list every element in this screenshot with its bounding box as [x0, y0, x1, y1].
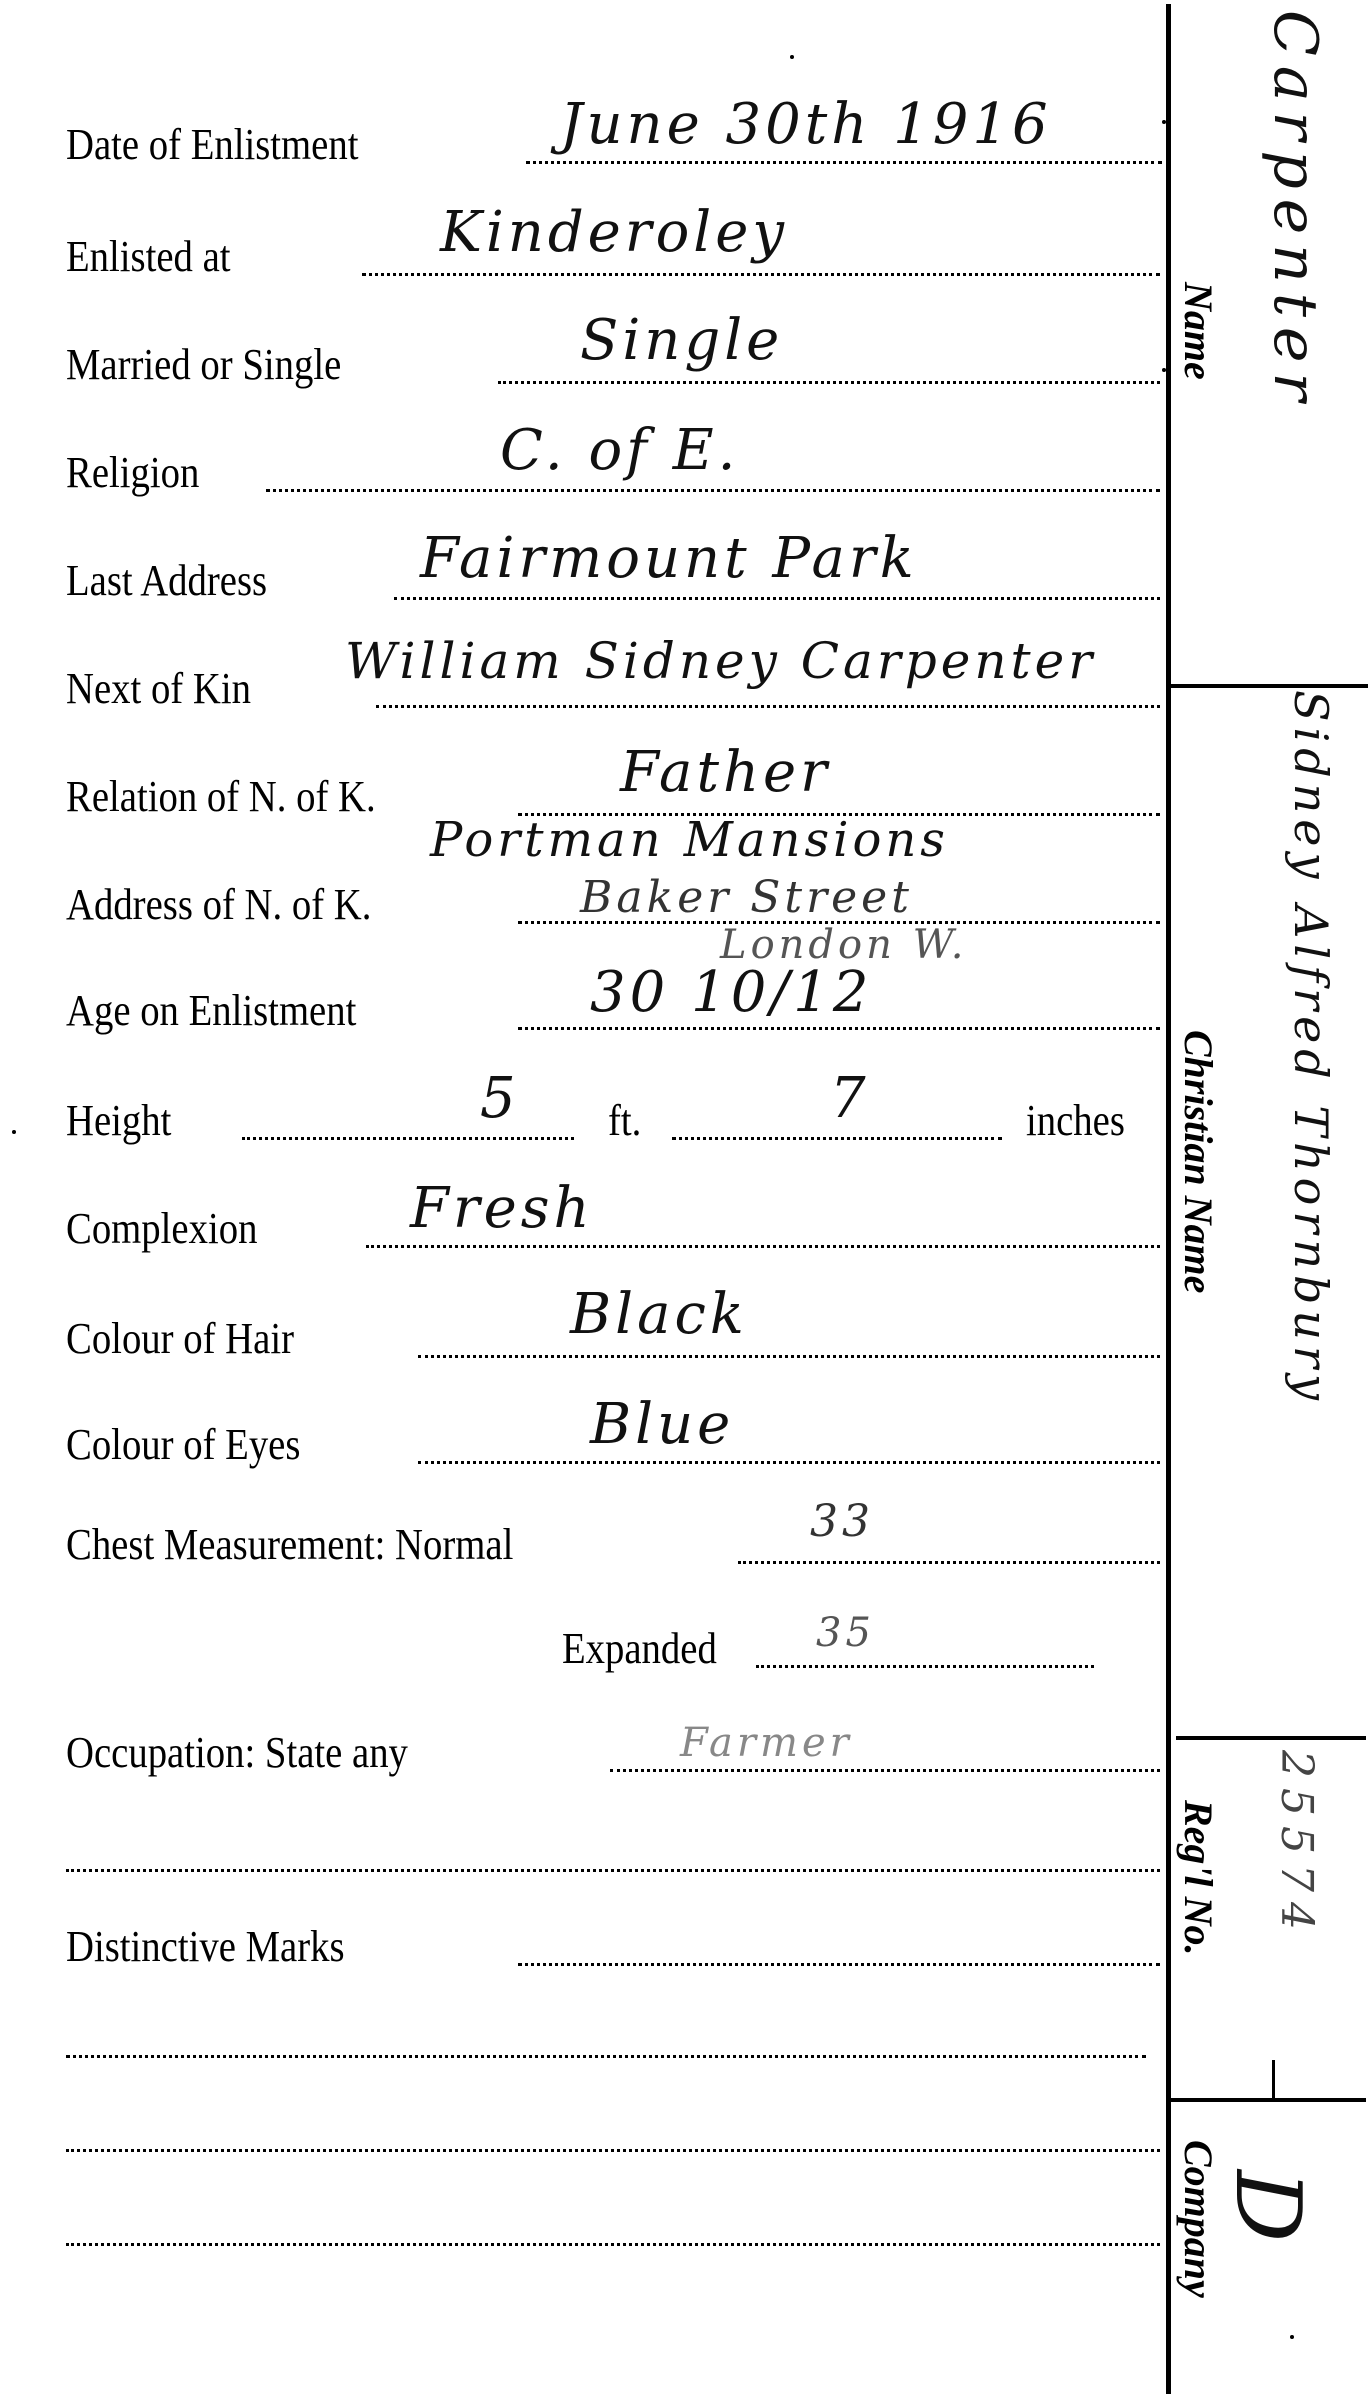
- field-height: Height ft. inches: [66, 1086, 1166, 1146]
- field-value-relation-of-nok: Father: [620, 740, 831, 805]
- sidebar-divider-christian-name: [1176, 1736, 1366, 1740]
- field-complexion: Complexion: [66, 1194, 1166, 1254]
- sidebar-tick: [1272, 2060, 1275, 2100]
- fill-line: [610, 1769, 1160, 1772]
- fill-line: [418, 1461, 1160, 1464]
- field-occupation: Occupation: State any: [66, 1718, 1166, 1778]
- field-label: Next of Kin: [66, 664, 251, 714]
- fill-line: [362, 273, 1160, 276]
- field-label: Colour of Eyes: [66, 1420, 300, 1470]
- fill-line: [376, 705, 1160, 708]
- sidebar-divider-regt-no: [1171, 2098, 1366, 2102]
- field-value-address-of-nok-line2: Baker Street: [580, 872, 913, 923]
- field-value-enlisted-at: Kinderoley: [440, 200, 788, 265]
- field-value-age-on-enlistment: 30 10/12: [590, 960, 872, 1025]
- field-label: Occupation: State any: [66, 1728, 408, 1778]
- feet-unit-label: ft.: [608, 1096, 641, 1146]
- field-value-occupation: Farmer: [680, 1720, 853, 1766]
- column-divider: [1166, 4, 1171, 2394]
- sidebar-company-value: D: [1215, 2170, 1320, 2252]
- field-label: Married or Single: [66, 340, 341, 390]
- blank-line-marks-2: [66, 2098, 1166, 2158]
- field-label: Colour of Hair: [66, 1314, 294, 1364]
- fill-line-inches: [672, 1137, 1002, 1140]
- fill-line-feet: [242, 1137, 574, 1140]
- field-label: Enlisted at: [66, 232, 231, 282]
- field-value-colour-of-hair: Black: [570, 1282, 748, 1347]
- field-value-complexion: Fresh: [410, 1176, 594, 1241]
- blank-line-occupation: [66, 1818, 1166, 1878]
- field-label: Religion: [66, 448, 199, 498]
- field-value-height-inches: 7: [830, 1066, 870, 1131]
- field-value-chest-normal: 33: [810, 1496, 874, 1547]
- sidebar-christian-name-value: Sidney Alfred Thornbury: [1284, 690, 1338, 1406]
- field-label: Last Address: [66, 556, 267, 606]
- sidebar-divider-name: [1171, 684, 1368, 688]
- field-value-next-of-kin: William Sidney Carpenter: [345, 632, 1096, 690]
- blank-line-marks-1: [66, 2004, 1166, 2064]
- sidebar-name-value: Carpenter: [1260, 10, 1330, 411]
- field-value-chest-expanded: 35: [816, 1610, 875, 1656]
- field-label: Date of Enlistment: [66, 120, 358, 170]
- fill-line: [394, 597, 1160, 600]
- fill-line: [518, 1963, 1160, 1966]
- fill-line: [66, 2055, 1146, 2058]
- field-value-married-or-single: Single: [580, 308, 783, 373]
- fill-line: [66, 2243, 1160, 2246]
- field-value-last-address: Fairmount Park: [420, 526, 918, 591]
- field-value-religion: C. of E.: [500, 418, 739, 483]
- field-value-date-of-enlistment: June 30th 1916: [560, 92, 1052, 157]
- field-label: Complexion: [66, 1204, 257, 1254]
- scan-speck: [790, 55, 794, 59]
- fill-line: [518, 1027, 1160, 1030]
- fill-line: [756, 1665, 1094, 1668]
- fill-line: [66, 1869, 1160, 1872]
- field-value-height-feet: 5: [480, 1066, 520, 1131]
- blank-line-marks-3: [66, 2192, 1166, 2252]
- fill-line: [366, 1245, 1160, 1248]
- field-label: Height: [66, 1096, 171, 1146]
- inches-unit-label: inches: [1026, 1096, 1125, 1146]
- sidebar-christian-name-label: Christian Name: [1175, 1030, 1222, 1293]
- fill-line: [498, 381, 1160, 384]
- scan-speck: [1162, 120, 1166, 124]
- field-label: Chest Measurement: Normal: [66, 1520, 513, 1570]
- field-label: Distinctive Marks: [66, 1922, 345, 1972]
- fill-line: [738, 1561, 1160, 1564]
- enlistment-record-card: Date of Enlistment June 30th 1916 Enlist…: [0, 0, 1368, 2394]
- field-label: Address of N. of K.: [66, 880, 371, 930]
- fill-line: [418, 1355, 1160, 1358]
- sidebar-regt-no-value: 25574: [1271, 1750, 1322, 1940]
- field-label: Relation of N. of K.: [66, 772, 376, 822]
- fill-line: [526, 161, 1162, 164]
- fill-line: [66, 2149, 1160, 2152]
- sidebar-name-label: Name: [1175, 282, 1222, 380]
- sidebar-regt-no-label: Reg'l No.: [1175, 1800, 1222, 1956]
- field-label: Age on Enlistment: [66, 986, 356, 1036]
- fill-line: [266, 489, 1160, 492]
- scan-speck: [12, 1130, 16, 1134]
- field-label: Expanded: [562, 1624, 717, 1674]
- scan-speck: [1290, 2335, 1294, 2339]
- field-chest-normal: Chest Measurement: Normal: [66, 1510, 1166, 1570]
- field-distinctive-marks: Distinctive Marks: [66, 1912, 1166, 1972]
- scan-speck: [1162, 368, 1166, 372]
- field-value-colour-of-eyes: Blue: [590, 1392, 734, 1457]
- field-value-address-of-nok-line1: Portman Mansions: [430, 812, 949, 868]
